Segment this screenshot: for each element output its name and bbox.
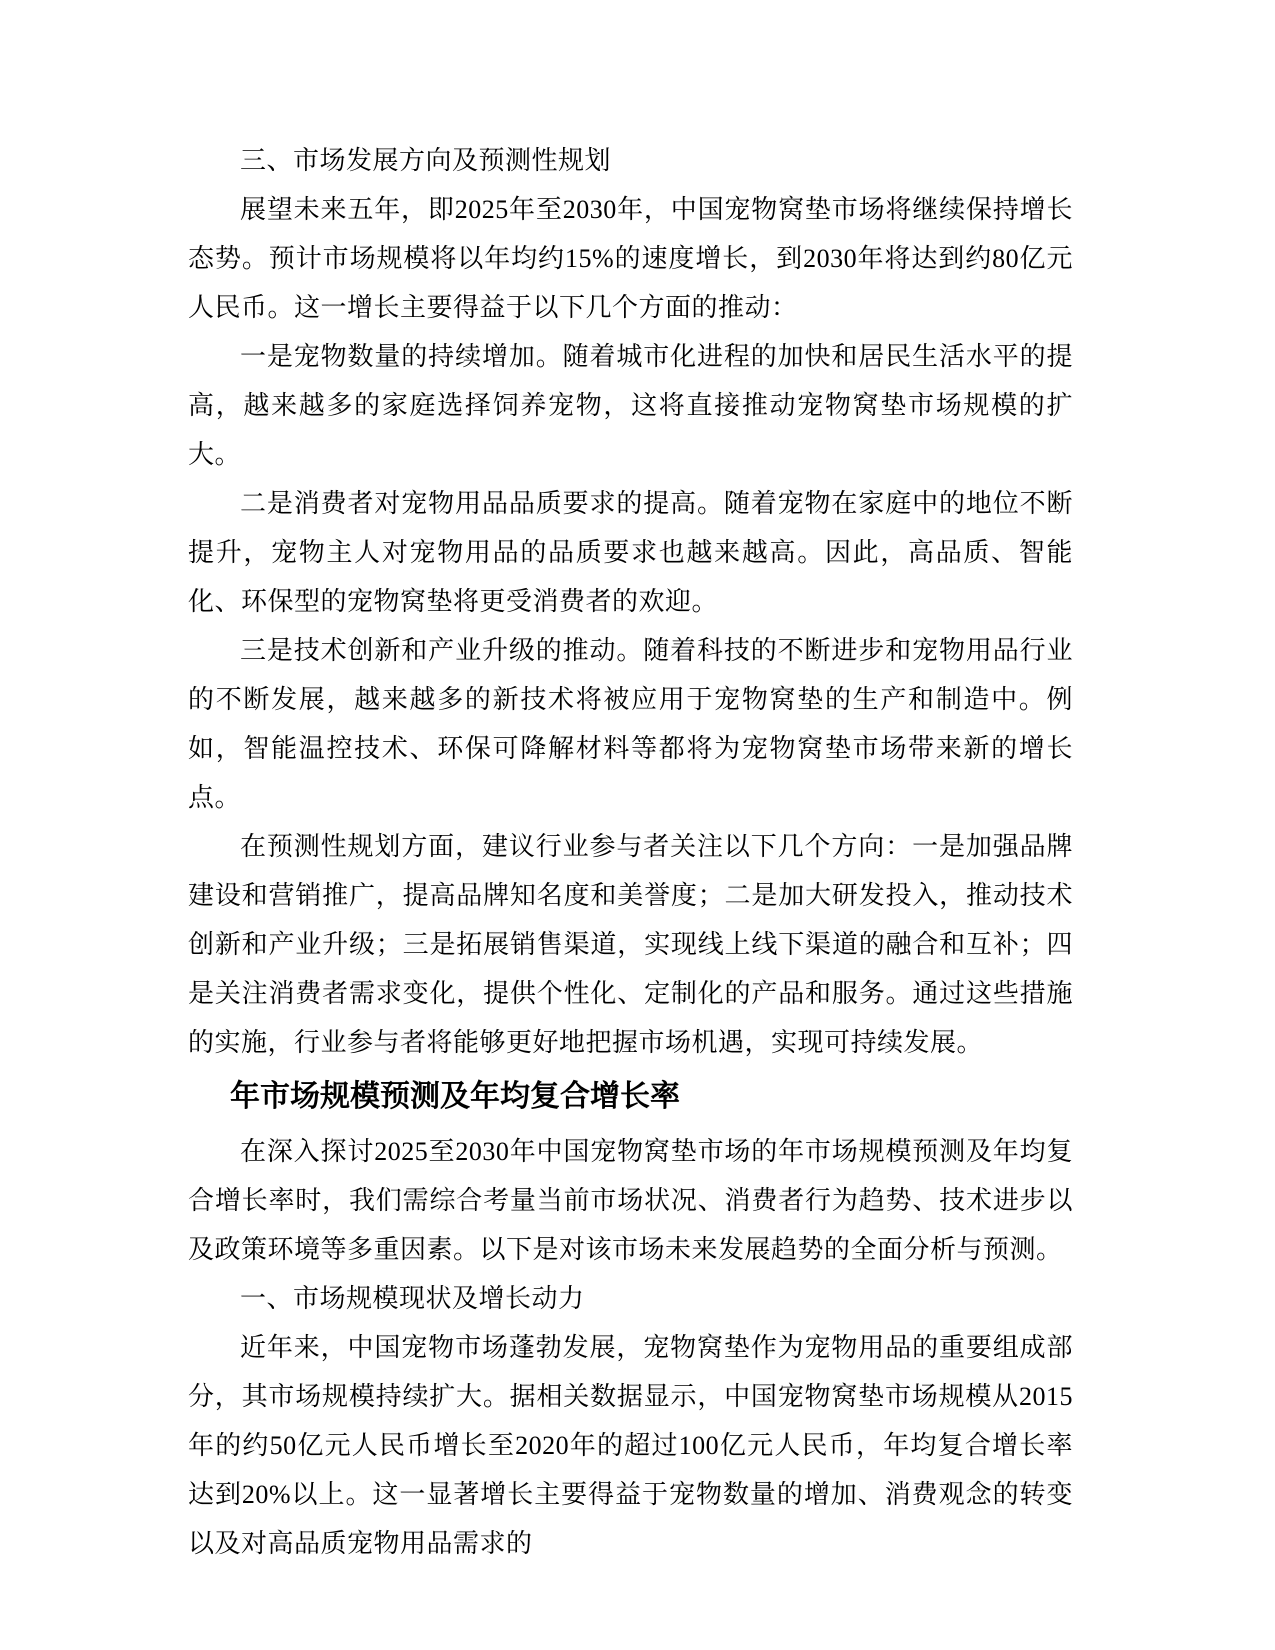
paragraph-forecast-intro: 在深入探讨2025至2030年中国宠物窝垫市场的年市场规模预测及年均复合增长率时… — [188, 1127, 1073, 1274]
paragraph-outlook: 展望未来五年，即2025年至2030年，中国宠物窝垫市场将继续保持增长态势。预计… — [188, 185, 1073, 332]
paragraph-predictive-planning: 在预测性规划方面，建议行业参与者关注以下几个方向：一是加强品牌建设和营销推广，提… — [188, 822, 1073, 1067]
paragraph-driver-2-quality-demand: 二是消费者对宠物用品品质要求的提高。随着宠物在家庭中的地位不断提升，宠物主人对宠… — [188, 479, 1073, 626]
sub-heading-market-status: 一、市场规模现状及增长动力 — [188, 1274, 1073, 1323]
document-content: 三、市场发展方向及预测性规划 展望未来五年，即2025年至2030年，中国宠物窝… — [188, 136, 1073, 1568]
sub-heading-market-direction: 三、市场发展方向及预测性规划 — [188, 136, 1073, 185]
paragraph-driver-1-pet-growth: 一是宠物数量的持续增加。随着城市化进程的加快和居民生活水平的提高，越来越多的家庭… — [188, 332, 1073, 479]
paragraph-market-status: 近年来，中国宠物市场蓬勃发展，宠物窝垫作为宠物用品的重要组成部分，其市场规模持续… — [188, 1323, 1073, 1568]
document-page: 三、市场发展方向及预测性规划 展望未来五年，即2025年至2030年，中国宠物窝… — [0, 0, 1275, 1650]
section-title-market-forecast-cagr: 年市场规模预测及年均复合增长率 — [188, 1067, 1073, 1127]
paragraph-driver-3-tech-innovation: 三是技术创新和产业升级的推动。随着科技的不断进步和宠物用品行业的不断发展，越来越… — [188, 626, 1073, 822]
